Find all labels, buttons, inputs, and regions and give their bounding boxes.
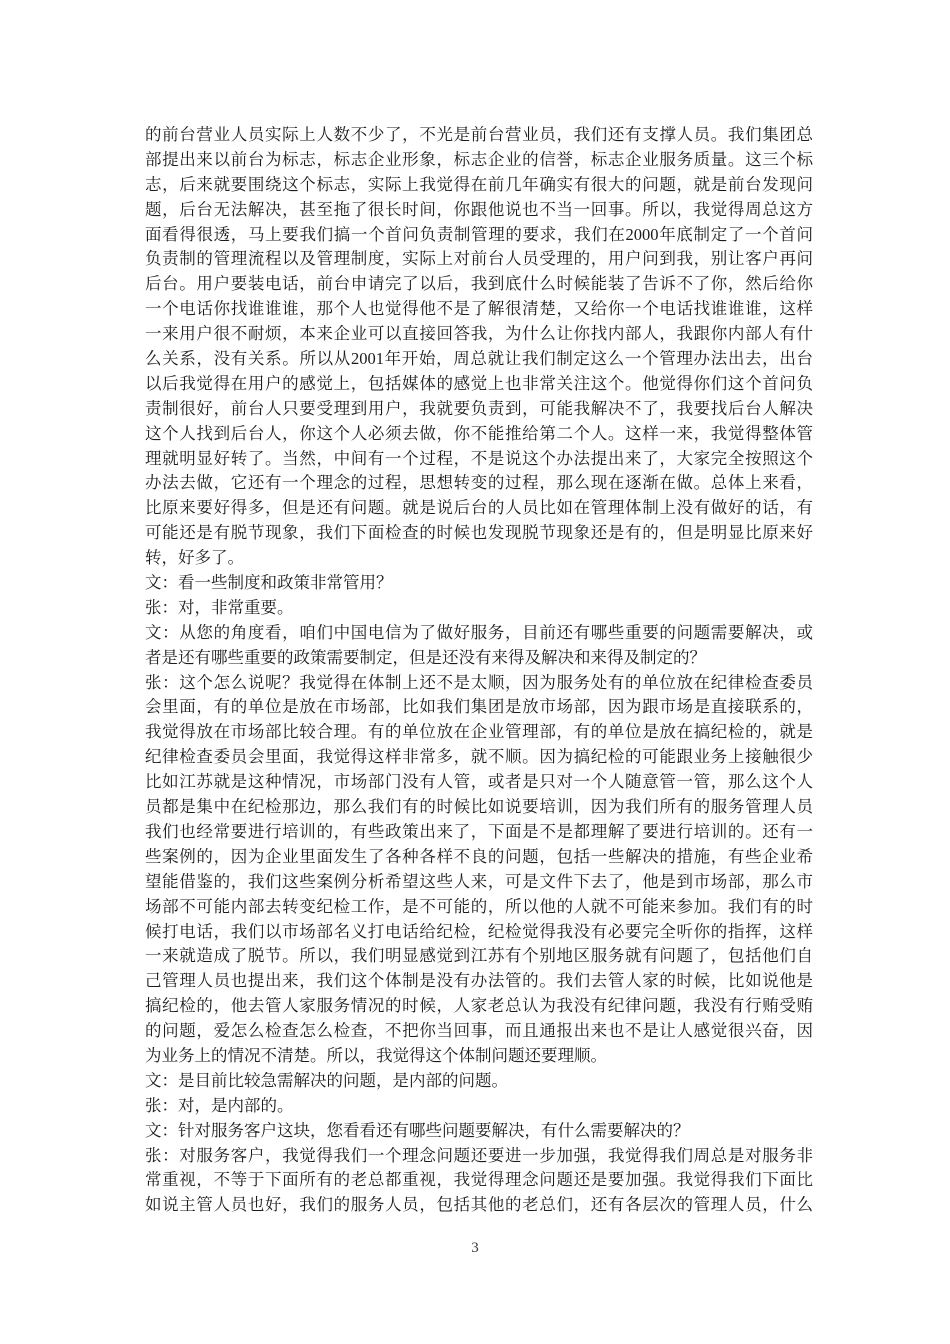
text-block: 的前台营业人员实际上人数不少了，不光是前台营业员，我们还有支撑人员。我们集团总部… [145,123,813,1218]
text-line: 责制很好，前台人只要受理到用户，我就要负责到，可能我解决不了，我要找后台人解决 [145,397,813,422]
text-line: 么关系，没有关系。所以从2001年开始，周总就让我们制定这么一个管理办法出去，出… [145,347,813,372]
text-line: 后台。用户要装电话，前台申请完了以后，我到底什么时候能装了告诉不了你，然后给你 [145,272,813,297]
text-line: 张：这个怎么说呢？我觉得在体制上还不是太顺，因为服务处有的单位放在纪律检查委员 [145,671,813,696]
text-line: 张：对，是内部的。 [145,1094,813,1119]
document-page: 的前台营业人员实际上人数不少了，不光是前台营业员，我们还有支撑人员。我们集团总部… [0,0,950,1344]
text-line: 一个电话你找谁谁谁，那个人也觉得他不是了解很清楚，又给你一个电话找谁谁谁，这样 [145,297,813,322]
text-line: 候打电话，我们以市场部名义打电话给纪检，纪检觉得我没有必要完全听你的指挥，这样 [145,920,813,945]
text-line: 志，后来就要围绕这个标志，实际上我觉得在前几年确实有很大的问题，就是前台发现问 [145,173,813,198]
text-line: 纪律检查委员会里面，我觉得这样非常多，就不顺。因为搞纪检的可能跟业务上接触很少 [145,745,813,770]
text-line: 文：是目前比较急需解决的问题，是内部的问题。 [145,1069,813,1094]
text-line: 员都是集中在纪检那边，那么我们有的时候比如说要培训，因为我们所有的服务管理人员 [145,795,813,820]
text-line: 者是还有哪些重要的政策需要制定，但是还没有来得及解决和来得及制定的？ [145,646,813,671]
text-line: 一来就造成了脱节。所以，我们明显感觉到江苏有个别地区服务就有问题了，包括他们自 [145,944,813,969]
text-line: 的问题，爱怎么检查怎么检查，不把你当回事，而且通报出来也不是让人感觉很兴奋，因 [145,1019,813,1044]
text-line: 办法去做，它还有一个理念的过程，思想转变的过程，那么现在逐渐在做。总体上来看， [145,471,813,496]
text-line: 己管理人员也提出来，我们这个体制是没有办法管的。我们去管人家的时候，比如说他是 [145,969,813,994]
text-line: 张：对服务客户，我觉得我们一个理念问题还要进一步加强，我觉得我们周总是对服务非 [145,1144,813,1169]
text-line: 常重视，不等于下面所有的老总都重视，我觉得理念问题还是要加强。我觉得我们下面比 [145,1168,813,1193]
text-line: 我觉得放在市场部比较合理。有的单位放在企业管理部，有的单位是放在搞纪检的，就是 [145,720,813,745]
text-line: 为业务上的情况不清楚。所以，我觉得这个体制问题还要理顺。 [145,1044,813,1069]
text-line: 文：看一些制度和政策非常管用？ [145,571,813,596]
text-line: 场部不可能内部去转变纪检工作，是不可能的，所以他的人就不可能来参加。我们有的时 [145,895,813,920]
text-line: 这个人找到后台人，你这个人必须去做，你不能推给第二个人。这样一来，我觉得整体管 [145,422,813,447]
text-line: 面看得很透，马上要我们搞一个首问负责制管理的要求，我们在2000年底制定了一个首… [145,223,813,248]
text-line: 转，好多了。 [145,546,813,571]
text-line: 可能还是有脱节现象，我们下面检查的时候也发现脱节现象还是有的，但是明显比原来好 [145,521,813,546]
text-line: 比原来要好得多，但是还有问题。就是说后台的人员比如在管理体制上没有做好的话，有 [145,496,813,521]
text-line: 张：对，非常重要。 [145,596,813,621]
text-line: 我们也经常要进行培训的，有些政策出来了，下面是不是都理解了要进行培训的。还有一 [145,820,813,845]
text-line: 负责制的管理流程以及管理制度，实际上对前台人员受理的，用户问到我，别让客户再问 [145,247,813,272]
text-line: 些案例的，因为企业里面发生了各种各样不良的问题，包括一些解决的措施，有些企业希 [145,845,813,870]
text-line: 会里面，有的单位是放在市场部，比如我们集团是放市场部，因为跟市场是直接联系的， [145,695,813,720]
text-line: 文：从您的角度看，咱们中国电信为了做好服务，目前还有哪些重要的问题需要解决，或 [145,621,813,646]
text-line: 文：针对服务客户这块，您看看还有哪些问题要解决，有什么需要解决的？ [145,1119,813,1144]
text-line: 比如江苏就是这种情况，市场部门没有人管，或者是只对一个人随意管一管，那么这个人 [145,770,813,795]
text-line: 题，后台无法解决，甚至拖了很长时间，你跟他说也不当一回事。所以，我觉得周总这方 [145,198,813,223]
text-line: 理就明显好转了。当然，中间有一个过程，不是说这个办法提出来了，大家完全按照这个 [145,447,813,472]
text-line: 如说主管人员也好，我们的服务人员，包括其他的老总们，还有各层次的管理人员，什么 [145,1193,813,1218]
text-line: 搞纪检的，他去管人家服务情况的时候，人家老总认为我没有纪律问题，我没有行贿受贿 [145,994,813,1019]
page-number: 3 [0,1237,950,1259]
text-line: 一来用户很不耐烦，本来企业可以直接回答我，为什么让你找内部人，我跟你内部人有什 [145,322,813,347]
text-line: 望能借鉴的，我们这些案例分析希望这些人来，可是文件下去了，他是到市场部，那么市 [145,870,813,895]
text-line: 以后我觉得在用户的感觉上，包括媒体的感觉上也非常关注这个。他觉得你们这个首问负 [145,372,813,397]
text-line: 的前台营业人员实际上人数不少了，不光是前台营业员，我们还有支撑人员。我们集团总 [145,123,813,148]
text-line: 部提出来以前台为标志，标志企业形象，标志企业的信誉，标志企业服务质量。这三个标 [145,148,813,173]
